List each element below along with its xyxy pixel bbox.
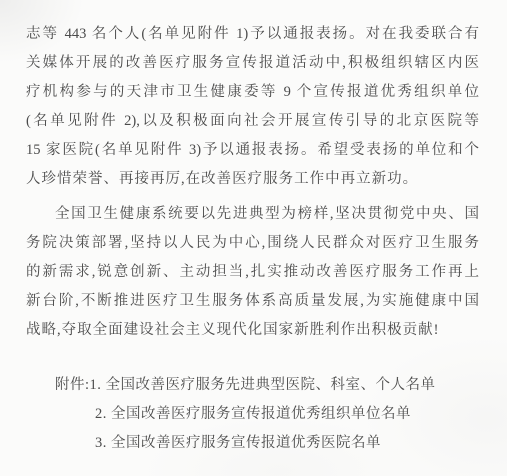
body-line: 人珍惜荣誉、再接再厉,在改善医疗服务工作中再立新功。 [26, 165, 479, 194]
body-line: 15 家医院(名单见附件 3)予以通报表扬。希望受表扬的单位和个 [26, 136, 479, 165]
body-line: 全国卫生健康系统要以先进典型为榜样,坚决贯彻党中央、国 [26, 200, 479, 229]
attachment-item: 3. 全国改善医疗服务宣传报道优秀医院名单 [55, 429, 485, 458]
attachment-item: 2. 全国改善医疗服务宣传报道优秀组织单位名单 [55, 400, 485, 429]
attachments-list: 附件:1. 全国改善医疗服务先进典型医院、科室、个人名单 2. 全国改善医疗服务… [55, 371, 485, 458]
body-line: 战略,夺取全面建设社会主义现代化国家新胜利作出积极贡献! [26, 316, 479, 345]
document-page: 志等 443 名个人(名单见附件 1)予以通报表扬。对在我委联合有 关媒体开展的… [0, 0, 507, 476]
body-line: (名单见附件 2),以及积极面向社会开展宣传引导的北京医院等 [26, 107, 479, 136]
body-line: 务院决策部署,坚持以人民为中心,围绕人民群众对医疗卫生服务 [26, 229, 479, 258]
body-line: 的新需求,锐意创新、主动担当,扎实推动改善医疗服务工作再上 [26, 258, 479, 287]
body-line: 关媒体开展的改善医疗服务宣传报道活动中,积极组织辖区内医 [26, 49, 479, 78]
paragraph-commendation: 志等 443 名个人(名单见附件 1)予以通报表扬。对在我委联合有 关媒体开展的… [26, 20, 479, 194]
body-line: 新台阶,不断推进医疗卫生服务体系高质量发展,为实施健康中国 [26, 287, 479, 316]
attachments-label: 附件: [55, 377, 90, 393]
paragraph-call-to-action: 全国卫生健康系统要以先进典型为榜样,坚决贯彻党中央、国 务院决策部署,坚持以人民… [26, 200, 479, 345]
body-line: 疗机构参与的天津市卫生健康委等 9 个宣传报道优秀组织单位 [26, 78, 479, 107]
attachment-item: 附件:1. 全国改善医疗服务先进典型医院、科室、个人名单 [55, 371, 485, 400]
attachment-item-text: 1. 全国改善医疗服务先进典型医院、科室、个人名单 [90, 377, 436, 393]
body-line: 志等 443 名个人(名单见附件 1)予以通报表扬。对在我委联合有 [26, 20, 479, 49]
